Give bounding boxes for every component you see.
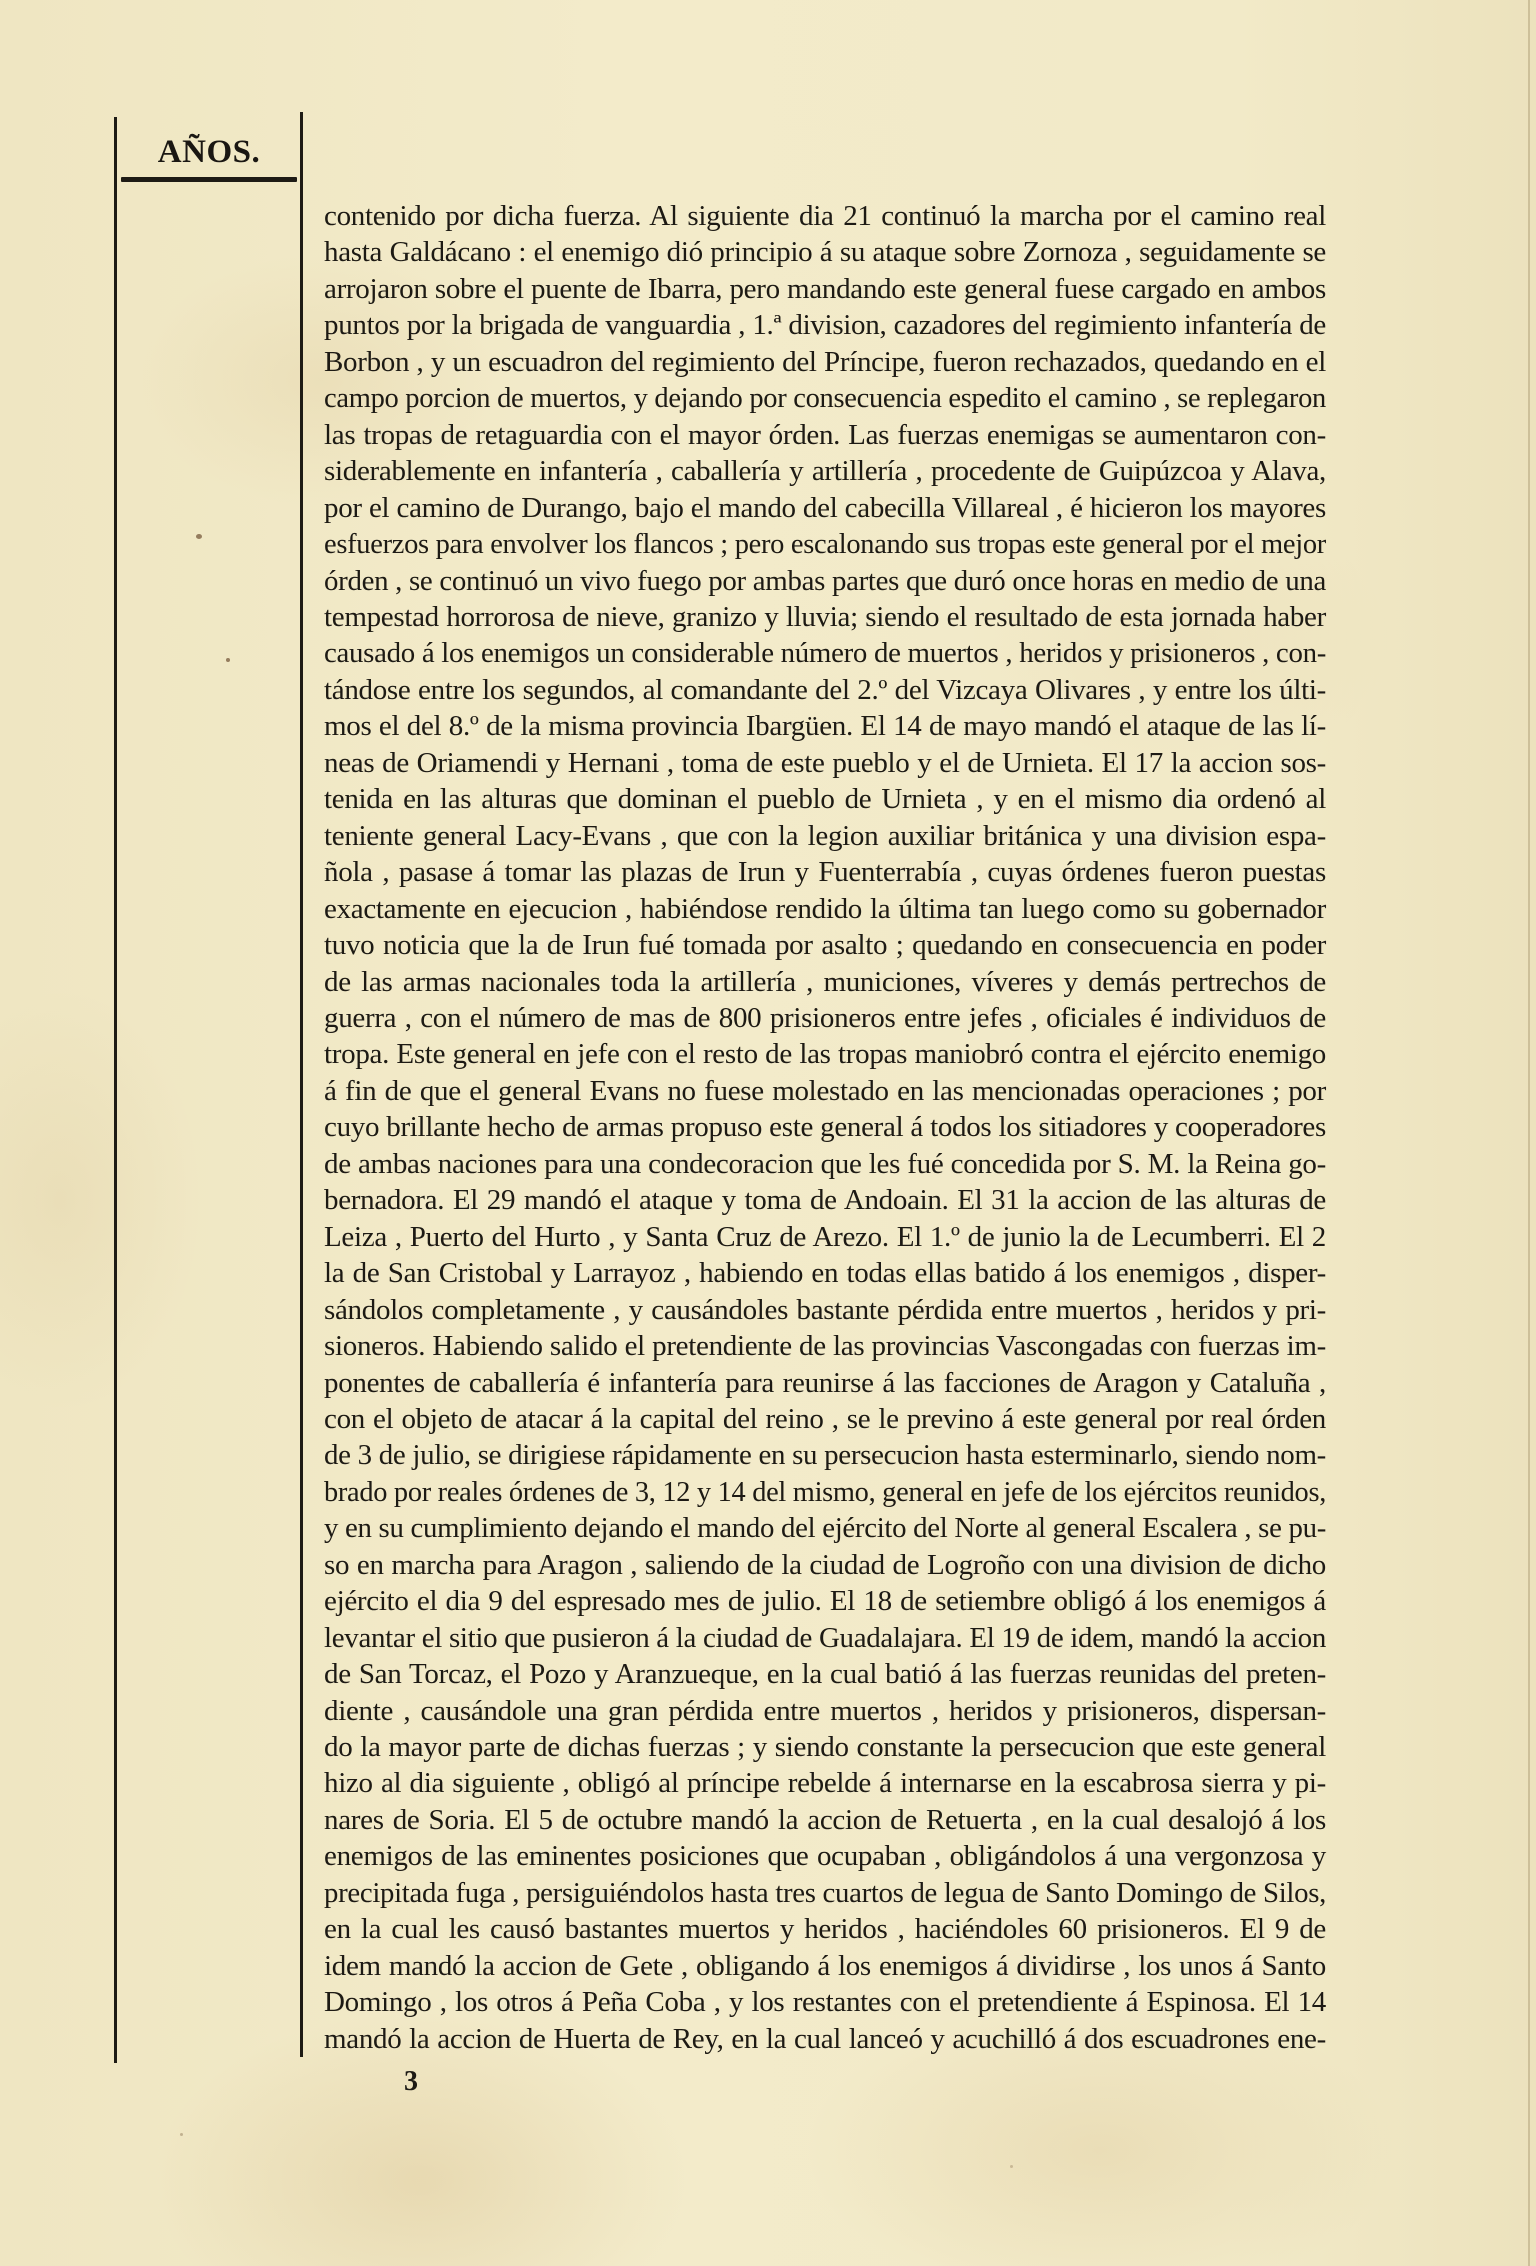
margin-header-years: AÑOS. [118,134,300,170]
text-line: de San Torcaz, el Pozo y Aranzueque, en … [324,1656,1326,1692]
text-line: ejército el dia 9 del espresado mes de j… [324,1583,1326,1619]
text-line: órden , se continuó un vivo fuego por am… [324,563,1326,599]
text-line: y en su cumplimiento dejando el mando de… [324,1510,1326,1546]
text-line: mandó la accion de Huerta de Rey, en la … [324,2021,1326,2057]
text-line: siderablemente en infantería , caballerí… [324,453,1326,489]
text-line: ñola , pasase á tomar las plazas de Irun… [324,854,1326,890]
text-line: brado por reales órdenes de 3, 12 y 14 d… [324,1474,1326,1510]
text-line: mos el del 8.º de la misma provincia Iba… [324,708,1326,744]
text-line-content: causado á los enemigos un considerable n… [324,635,1326,671]
text-line: las tropas de retaguardia con el mayor ó… [324,417,1326,453]
text-line: de las armas nacionales toda la artiller… [324,964,1326,1000]
text-line-content: y en su cumplimiento dejando el mando de… [324,1510,1326,1546]
text-line: por el camino de Durango, bajo el mando … [324,490,1326,526]
text-line: la de San Cristobal y Larrayoz , habiend… [324,1255,1326,1291]
text-line: neas de Oriamendi y Hernani , toma de es… [324,745,1326,781]
text-line: causado á los enemigos un considerable n… [324,635,1326,671]
paper-speck [226,658,230,662]
paper-speck [1010,2165,1013,2168]
text-line: en la cual les causó bastantes muertos y… [324,1911,1326,1947]
text-line: campo porcion de muertos, y dejando por … [324,380,1326,416]
paper-speck [180,2133,183,2136]
text-line: idem mandó la accion de Gete , obligando… [324,1948,1326,1984]
text-line: sioneros. Habiendo salido el pretendient… [324,1328,1326,1364]
margin-header-rule [121,177,297,182]
text-line: Domingo , los otros á Peña Coba , y los … [324,1984,1326,2020]
text-line: sándolos completamente , y causándoles b… [324,1292,1326,1328]
text-line: guerra , con el número de mas de 800 pri… [324,1000,1326,1036]
text-line: do la mayor parte de dichas fuerzas ; y … [324,1729,1326,1765]
text-line: tándose entre los segundos, al comandant… [324,672,1326,708]
text-line-content: esfuerzos para envolver los flancos ; pe… [324,526,1326,562]
text-line: tenida en las alturas que dominan el pue… [324,781,1326,817]
text-line-content: precipitada fuga , persiguiéndolos hasta… [324,1875,1326,1911]
margin-rule-right [300,112,303,2057]
text-line-content: campo porcion de muertos, y dejando por … [324,380,1326,416]
text-line: puntos por la brigada de vanguardia , 1.… [324,307,1326,343]
text-line: cuyo brillante hecho de armas propuso es… [324,1109,1326,1145]
text-line: con el objeto de atacar á la capital del… [324,1401,1326,1437]
text-line-content: de 3 de julio, se dirigiese rápidamente … [324,1437,1326,1473]
text-line: á fin de que el general Evans no fuese m… [324,1073,1326,1109]
text-line: levantar el sitio que pusieron á la ciud… [324,1620,1326,1656]
page-number: 3 [404,2066,418,2098]
paper-speck [196,534,202,539]
text-line: tempestad horrorosa de nieve, granizo y … [324,599,1326,635]
text-line: bernadora. El 29 mandó el ataque y toma … [324,1182,1326,1218]
text-line: tropa. Este general en jefe con el resto… [324,1036,1326,1072]
text-line: diente , causándole una gran pérdida ent… [324,1693,1326,1729]
text-line: arrojaron sobre el puente de Ibarra, per… [324,271,1326,307]
text-line-content: órden , se continuó un vivo fuego por am… [324,563,1326,599]
text-line: so en marcha para Aragon , saliendo de l… [324,1547,1326,1583]
text-line: precipitada fuga , persiguiéndolos hasta… [324,1875,1326,1911]
text-line: exactamente en ejecucion , habiéndose re… [324,891,1326,927]
text-line: teniente general Lacy-Evans , que con la… [324,818,1326,854]
text-line: nares de Soria. El 5 de octubre mandó la… [324,1802,1326,1838]
text-line: tuvo noticia que la de Irun fué tomada p… [324,927,1326,963]
text-line: Borbon , y un escuadron del regimiento d… [324,344,1326,380]
text-line: de ambas naciones para una condecoracion… [324,1146,1326,1182]
text-line: enemigos de las eminentes posiciones que… [324,1838,1326,1874]
text-line-content: brado por reales órdenes de 3, 12 y 14 d… [324,1474,1326,1510]
body-text: contenido por dicha fuerza. Al siguiente… [324,198,1326,2057]
text-line-content: levantar el sitio que pusieron á la ciud… [324,1620,1326,1656]
text-line: ponentes de caballería é infantería para… [324,1365,1326,1401]
text-line: contenido por dicha fuerza. Al siguiente… [324,198,1326,234]
text-line: hasta Galdácano : el enemigo dió princip… [324,234,1326,270]
text-line: de 3 de julio, se dirigiese rápidamente … [324,1437,1326,1473]
page-edge [1528,0,1530,2266]
text-line: Leiza , Puerto del Hurto , y Santa Cruz … [324,1219,1326,1255]
text-line: hizo al dia siguiente , obligó al prínci… [324,1765,1326,1801]
text-line: esfuerzos para envolver los flancos ; pe… [324,526,1326,562]
margin-rule-left [114,117,117,2063]
